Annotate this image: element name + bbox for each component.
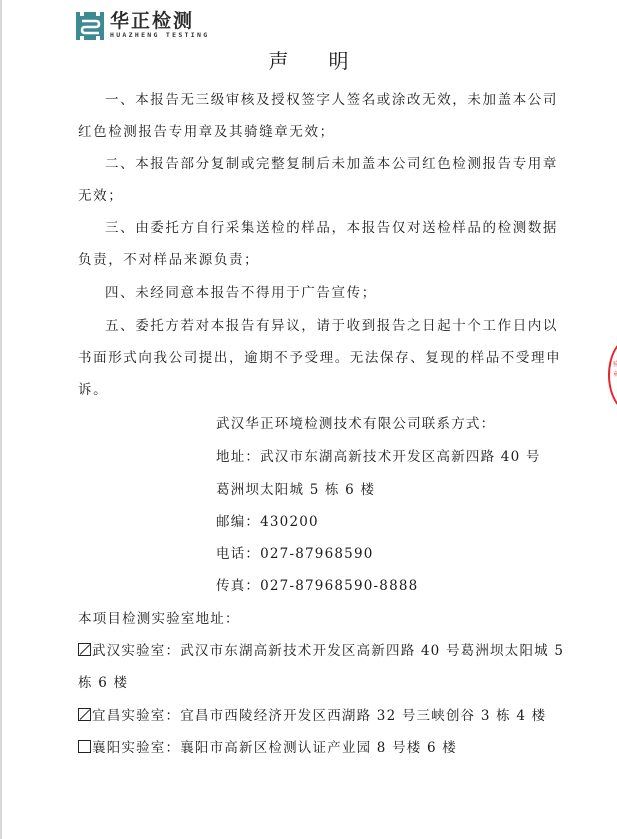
lab-item-xiangyang: 襄阳实验室：襄阳市高新区检测认证产业园 8 号楼 6 楼 — [78, 740, 457, 756]
contact-phone: 电话：027-87968590 — [216, 546, 374, 562]
clause-5-line-2: 书面形式向我公司提出，逾期不予受理。无法保存、复现的样品不受理申 — [78, 350, 561, 366]
checkbox-checked-icon — [78, 708, 91, 721]
red-seal-text: 验 章 — [613, 360, 617, 380]
lab-wuhan-line-2: 栋 6 楼 — [78, 675, 128, 691]
clause-2-line-1: 二、本报告部分复制或完整复制后未加盖本公司红色检测报告专用章 — [105, 156, 558, 172]
checkbox-checked-icon — [78, 643, 91, 656]
page-edge — [0, 0, 2, 839]
lab-item-wuhan: 武汉实验室：武汉市东湖高新技术开发区高新四路 40 号葛洲坝太阳城 5 — [78, 643, 564, 659]
clause-3-line-2: 负责，不对样品来源负责； — [78, 252, 259, 268]
clause-1-line-2: 红色检测报告专用章及其骑缝章无效； — [78, 124, 335, 140]
contact-heading: 武汉华正环境检测技术有限公司联系方式： — [216, 416, 495, 432]
contact-postcode: 邮编：430200 — [216, 514, 319, 530]
contact-fax: 传真：027-87968590-8888 — [216, 578, 418, 594]
clause-5-line-1: 五、委托方若对本报告有异议，请于收到报告之日起十个工作日内以 — [105, 318, 558, 334]
clause-3-line-1: 三、由委托方自行采集送检的样品，本报告仅对送检样品的检测数据 — [105, 220, 558, 236]
labs-heading: 本项目检测实验室地址： — [78, 611, 240, 627]
lab-item-yichang: 宜昌实验室：宜昌市西陵经济开发区西湖路 32 号三峡创谷 3 栋 4 楼 — [78, 708, 546, 724]
company-logo: 华正检测 HUAZHENG TESTING — [76, 11, 209, 40]
page-title: 声明 — [0, 45, 617, 74]
logo-name-cn: 华正检测 — [110, 11, 209, 31]
lab-yichang-line-1: 宜昌实验室：宜昌市西陵经济开发区西湖路 32 号三峡创谷 3 栋 4 楼 — [92, 708, 546, 724]
contact-address-line-1: 地址：武汉市东湖高新技术开发区高新四路 40 号 — [216, 449, 541, 465]
contact-address-line-2: 葛洲坝太阳城 5 栋 6 楼 — [216, 482, 375, 498]
clause-1-line-1: 一、本报告无三级审核及授权签字人签名或涂改无效，未加盖本公司 — [105, 92, 558, 108]
clause-5-line-3: 诉。 — [78, 382, 108, 398]
clause-4-line-1: 四、未经同意本报告不得用于广告宣传； — [105, 285, 377, 301]
logo-name-en: HUAZHENG TESTING — [110, 31, 209, 40]
lab-wuhan-line-1: 武汉实验室：武汉市东湖高新技术开发区高新四路 40 号葛洲坝太阳城 5 — [92, 643, 564, 659]
checkbox-unchecked-icon — [78, 740, 91, 753]
lab-xiangyang-line-1: 襄阳实验室：襄阳市高新区检测认证产业园 8 号楼 6 楼 — [92, 740, 457, 756]
logo-mark-icon — [76, 12, 104, 40]
clause-2-line-2: 无效； — [78, 188, 123, 204]
